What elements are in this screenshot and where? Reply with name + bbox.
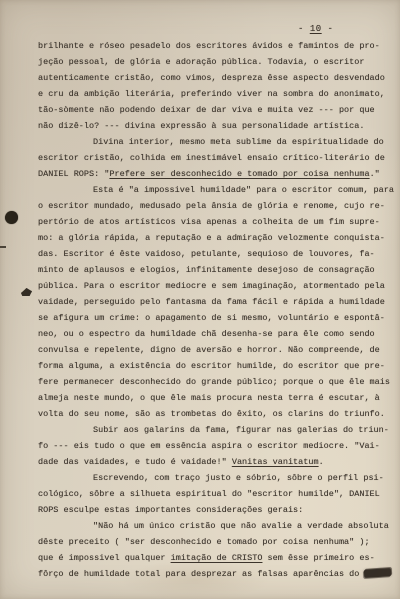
text-line: minto de aplausos e elogios, infinitamen… xyxy=(38,262,394,278)
text-segment: e cru da ambição literária, preferindo v… xyxy=(38,89,385,99)
text-segment: dêste preceito ( "ser desconhecido e tom… xyxy=(38,537,370,547)
hole-punch-dot xyxy=(5,211,18,224)
text-segment: escritor cristão, colhida em inestimável… xyxy=(38,153,385,163)
text-line: se afigura um crime: o apagamento de si … xyxy=(38,310,394,326)
text-segment: brilhante e róseo pesadelo dos escritore… xyxy=(38,41,380,51)
text-segment: forma alguma, a existência do escritor h… xyxy=(38,361,385,371)
text-segment: Esta é "a impossivel humildade" para o e… xyxy=(93,185,394,195)
text-segment: dade das vaidades, e tudo é vaidade!" xyxy=(38,457,232,467)
underlined-text: Prefere ser desconhecido e tomado por co… xyxy=(109,169,369,179)
text-line: dêste preceito ( "ser desconhecido e tom… xyxy=(38,534,394,550)
text-line: volta do seu nome, são as trombetas do ê… xyxy=(38,406,394,422)
text-segment: Divina interior, mesmo meta sublime da e… xyxy=(93,137,384,147)
text-segment: pertório de atos artísticos visa apenas … xyxy=(38,217,380,227)
text-line: dade das vaidades, e tudo é vaidade!" Va… xyxy=(38,454,394,470)
text-line: brilhante e róseo pesadelo dos escritore… xyxy=(38,38,394,54)
text-line: Esta é "a impossivel humildade" para o e… xyxy=(38,182,394,198)
text-segment: almeja neste mundo, o que êle mais procu… xyxy=(38,393,380,403)
text-segment: Subir aos galarins da fama, figurar nas … xyxy=(93,425,389,435)
text-line: pertório de atos artísticos visa apenas … xyxy=(38,214,394,230)
text-segment: ." xyxy=(370,169,380,179)
text-line: vaidade, perseguido pelo fantasma da fam… xyxy=(38,294,394,310)
text-segment: cológico, sôbre a silhueta espiritual do… xyxy=(38,489,380,499)
text-segment: se afigura um crime: o apagamento de si … xyxy=(38,313,385,323)
page-number: - 10 - xyxy=(298,24,333,34)
text-segment: - xyxy=(322,24,334,34)
text-line: tão-sòmente não podendo deixar de dar vi… xyxy=(38,102,394,118)
text-segment: fo --- eis tudo o que em essência aspira… xyxy=(38,441,380,451)
text-segment: - xyxy=(298,24,310,34)
text-segment: volta do seu nome, são as trombetas do ê… xyxy=(38,409,385,419)
text-segment: neo, ou o espectro da humildade chã dese… xyxy=(38,329,375,339)
text-line: DANIEL ROPS: "Prefere ser desconhecido e… xyxy=(38,166,394,182)
text-segment: sem êsse primeiro es- xyxy=(262,553,374,563)
document-page: - 10 - brilhante e róseo pesadelo dos es… xyxy=(0,0,400,599)
text-line: Escrevendo, com traço justo e sóbrio, sô… xyxy=(38,470,394,486)
text-line: fôrço de humildade total para desprezar … xyxy=(38,566,394,582)
text-line: cológico, sôbre a silhueta espiritual do… xyxy=(38,486,394,502)
margin-dash-mark xyxy=(0,246,6,248)
underlined-text: 10 xyxy=(310,24,322,34)
text-segment: autenticamente cristão, como vimos, desp… xyxy=(38,73,385,83)
text-segment: tão-sòmente não podendo deixar de dar vi… xyxy=(38,105,375,115)
text-line: e cru da ambição literária, preferindo v… xyxy=(38,86,394,102)
text-line: pública. Para o escritor mediocre e sem … xyxy=(38,278,394,294)
text-segment: jeção pessoal, de glória e adoração públ… xyxy=(38,57,364,67)
typewritten-text: brilhante e róseo pesadelo dos escritore… xyxy=(38,38,394,582)
text-segment: não dizê-lo? --- divina expressão à sua … xyxy=(38,121,364,131)
text-segment: "Não há um único cristão que não avalie … xyxy=(93,521,389,531)
text-line: forma alguma, a existência do escritor h… xyxy=(38,358,394,374)
text-segment: pública. Para o escritor mediocre e sem … xyxy=(38,281,385,291)
text-segment: das. Escritor é êste vaidoso, petulante,… xyxy=(38,249,375,259)
underlined-text: imitação de CRISTO xyxy=(171,553,263,563)
text-segment: mo: a glória rápida, a reputação e a adm… xyxy=(38,233,385,243)
text-line: ROPS esculpe estas importantes considera… xyxy=(38,502,394,518)
text-line: Divina interior, mesmo meta sublime da e… xyxy=(38,134,394,150)
text-line: autenticamente cristão, como vimos, desp… xyxy=(38,70,394,86)
text-line: Subir aos galarins da fama, figurar nas … xyxy=(38,422,394,438)
text-segment: o escritor mundado, medusado pela ânsia … xyxy=(38,201,385,211)
text-segment: fere permanecer desconhecido do grande p… xyxy=(38,377,390,387)
text-line: escritor cristão, colhida em inestimável… xyxy=(38,150,394,166)
text-line: "Não há um único cristão que não avalie … xyxy=(38,518,394,534)
text-segment: convulsa e repelente, digno de aversão e… xyxy=(38,345,380,355)
text-line: fere permanecer desconhecido do grande p… xyxy=(38,374,394,390)
text-line: que é impossivel qualquer imitação de CR… xyxy=(38,550,394,566)
text-line: não dizê-lo? --- divina expressão à sua … xyxy=(38,118,394,134)
overstrike-scribble xyxy=(364,568,391,578)
text-line: jeção pessoal, de glória e adoração públ… xyxy=(38,54,394,70)
text-segment: DANIEL ROPS: " xyxy=(38,169,109,179)
text-line: o escritor mundado, medusado pela ânsia … xyxy=(38,198,394,214)
text-line: das. Escritor é êste vaidoso, petulante,… xyxy=(38,246,394,262)
text-segment: ROPS esculpe estas importantes considera… xyxy=(38,505,303,515)
text-segment: . xyxy=(319,457,324,467)
text-segment: vaidade, perseguido pelo fantasma da fam… xyxy=(38,297,385,307)
text-segment: minto de aplausos e elogios, infinitamen… xyxy=(38,265,375,275)
text-line: fo --- eis tudo o que em essência aspira… xyxy=(38,438,394,454)
text-line: convulsa e repelente, digno de aversão e… xyxy=(38,342,394,358)
text-line: neo, ou o espectro da humildade chã dese… xyxy=(38,326,394,342)
ink-blot xyxy=(21,288,32,296)
text-line: mo: a glória rápida, a reputação e a adm… xyxy=(38,230,394,246)
underlined-text: Vanitas vanitatum xyxy=(232,457,319,467)
text-segment: que é impossivel qualquer xyxy=(38,553,171,563)
text-segment: Escrevendo, com traço justo e sóbrio, sô… xyxy=(93,473,384,483)
text-line: almeja neste mundo, o que êle mais procu… xyxy=(38,390,394,406)
text-segment: fôrço de humildade total para desprezar … xyxy=(38,569,364,579)
